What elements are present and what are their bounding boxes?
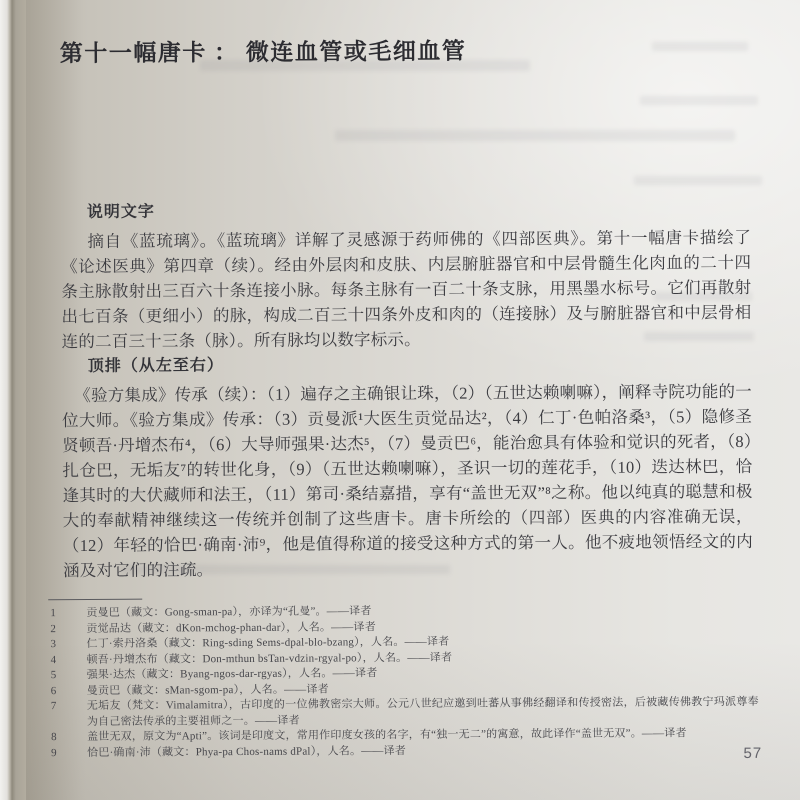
footnote-number: 4 xyxy=(47,652,87,668)
footnote-text: 恰巴·确南·沛（藏文：Phya-pa Chos-nams dPal），人名。——… xyxy=(87,741,759,761)
top-row-paragraph: 《验方集成》传承（续）：（1）遍存之主确银让珠，（2）（五世达赖喇嘛），阐释寺院… xyxy=(62,379,753,583)
section-heading-top-row: 顶排（从左至右） xyxy=(88,349,752,376)
footnote-number: 9 xyxy=(47,745,87,761)
footnote: 7 无垢友（梵文：Vimalamitra），古印度的一位佛教密宗大师。公元八世纪… xyxy=(47,695,759,730)
section-description: 说明文字 摘自《蓝琉璃》。《蓝琉璃》详解了灵感源于药师佛的《四部医典》。第十一幅… xyxy=(61,195,752,354)
footnote-number: 6 xyxy=(47,683,87,699)
footnote-number: 7 xyxy=(47,699,87,730)
footnote-text: 无垢友（梵文：Vimalamitra），古印度的一位佛教密宗大师。公元八世纪应邀… xyxy=(87,695,759,730)
page-number: 57 xyxy=(743,745,762,762)
footnote-number: 2 xyxy=(46,621,86,637)
footnote-number: 5 xyxy=(47,668,87,684)
page-edge xyxy=(0,0,26,800)
book-page-photo: 第十一幅唐卡 ： 微连血管或毛细血管 说明文字 摘自《蓝琉璃》。《蓝琉璃》详解了… xyxy=(0,0,800,800)
footnote-number: 8 xyxy=(47,730,87,746)
footnote-number: 1 xyxy=(46,606,86,622)
footnote: 9 恰巴·确南·沛（藏文：Phya-pa Chos-nams dPal），人名。… xyxy=(47,741,759,761)
footnotes: 1 贡曼巴（藏文：Gong-sman-pa），亦译为“孔曼”。——译者 2 贡觉… xyxy=(46,595,759,761)
footnote-number: 3 xyxy=(46,637,86,653)
section-top-row: 顶排（从左至右） 《验方集成》传承（续）：（1）遍存之主确银让珠，（2）（五世达… xyxy=(62,349,753,583)
page-content: 第十一幅唐卡 ： 微连血管或毛细血管 说明文字 摘自《蓝琉璃》。《蓝琉璃》详解了… xyxy=(60,0,755,800)
page-title: 第十一幅唐卡 ： 微连血管或毛细血管 xyxy=(60,33,467,68)
footnote-separator xyxy=(48,599,142,601)
description-paragraph: 摘自《蓝琉璃》。《蓝琉璃》详解了灵感源于药师佛的《四部医典》。第十一幅唐卡描绘了… xyxy=(61,225,752,354)
section-heading-description: 说明文字 xyxy=(87,195,751,222)
